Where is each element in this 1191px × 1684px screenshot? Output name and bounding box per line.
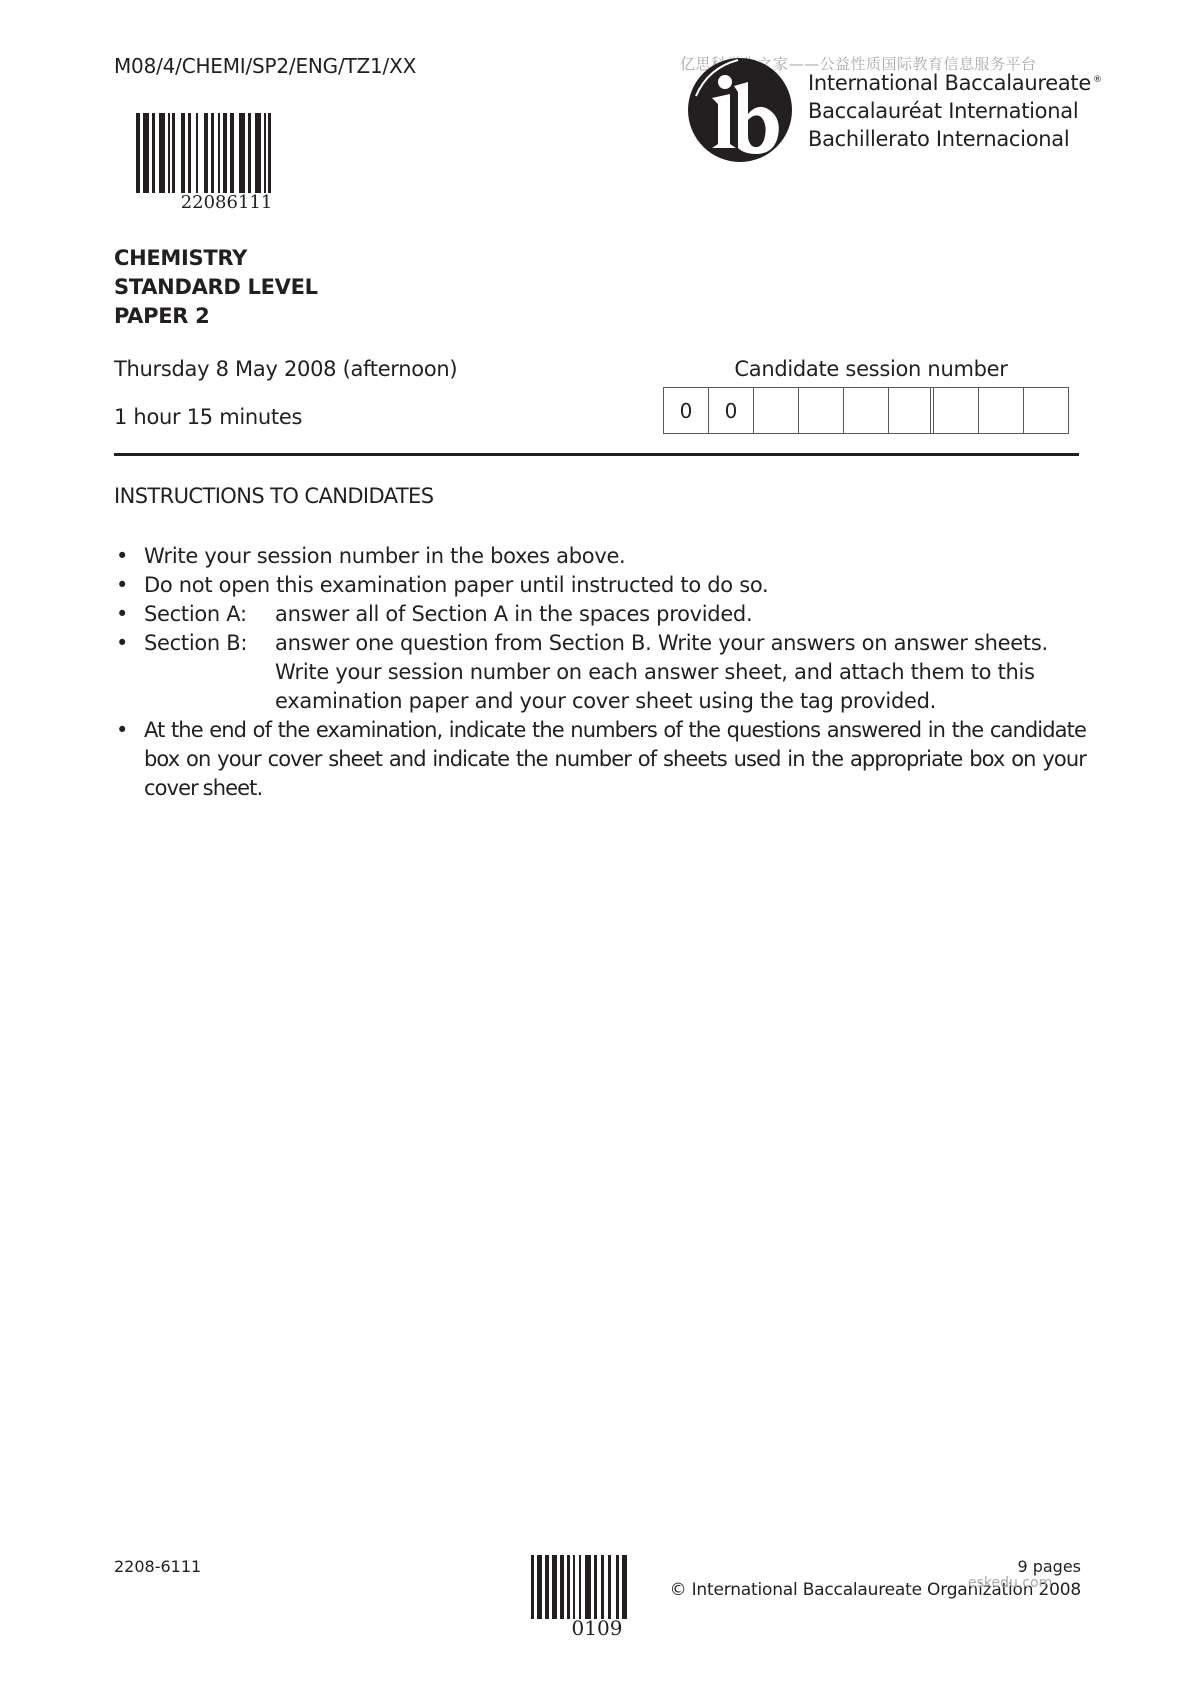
- registered-mark: ®: [1093, 75, 1102, 85]
- instructions-list: • Write your session number in the boxes…: [114, 542, 1086, 803]
- organization-names: International Baccalaureate® Baccalauréa…: [808, 66, 1102, 153]
- barcode-bottom: [531, 1555, 663, 1619]
- bullet-icon: •: [114, 629, 144, 716]
- session-digit-box[interactable]: 0: [709, 388, 754, 433]
- barcode-bar: [622, 1555, 627, 1619]
- barcode-top-number: 22086111: [136, 192, 317, 213]
- instruction-item: • Section A: answer all of Section A in …: [114, 600, 1086, 629]
- paper-code: M08/4/CHEMI/SP2/ENG/TZ1/XX: [114, 54, 416, 78]
- subject-line: STANDARD LEVEL: [114, 273, 318, 302]
- bullet-icon: •: [114, 542, 144, 571]
- exam-date: Thursday 8 May 2008 (afternoon): [114, 357, 457, 381]
- footer-code: 2208-6111: [114, 1557, 201, 1576]
- instruction-item: • Section B: answer one question from Se…: [114, 629, 1086, 716]
- candidate-session-label: Candidate session number: [662, 357, 1080, 381]
- subject-line: CHEMISTRY: [114, 244, 318, 273]
- session-digit-box[interactable]: 0: [664, 388, 709, 433]
- bullet-icon: •: [114, 600, 144, 629]
- session-digit-box[interactable]: [799, 388, 844, 433]
- org-name-fr: Baccalauréat International: [808, 97, 1102, 125]
- instruction-item: • Do not open this examination paper unt…: [114, 571, 1086, 600]
- instruction-text: Write your session number in the boxes a…: [144, 542, 1086, 571]
- org-name-en: International Baccalaureate®: [808, 66, 1102, 97]
- header-divider: [114, 453, 1079, 456]
- exam-subject: CHEMISTRY STANDARD LEVEL PAPER 2: [114, 244, 318, 331]
- instruction-text: answer one question from Section B. Writ…: [275, 629, 1086, 716]
- session-digit-box[interactable]: [889, 388, 934, 433]
- bullet-icon: •: [114, 716, 144, 803]
- instruction-text: Do not open this examination paper until…: [144, 571, 1086, 600]
- barcode-top: [136, 113, 317, 193]
- instruction-text: answer all of Section A in the spaces pr…: [275, 600, 1086, 629]
- instructions-title: INSTRUCTIONS TO CANDIDATES: [114, 484, 433, 508]
- ib-logo-icon: [686, 56, 794, 164]
- instruction-item: • Write your session number in the boxes…: [114, 542, 1086, 571]
- exam-duration: 1 hour 15 minutes: [114, 405, 302, 429]
- org-name-es: Bachillerato Internacional: [808, 125, 1102, 153]
- instruction-label: Section B:: [144, 629, 275, 716]
- barcode-bottom-number: 0109: [531, 1616, 663, 1640]
- candidate-session-number-boxes: 0 0: [663, 387, 1069, 434]
- instruction-item: • At the end of the examination, indicat…: [114, 716, 1086, 803]
- page-count: 9 pages: [1017, 1557, 1081, 1576]
- session-digit-box[interactable]: [754, 388, 799, 433]
- subject-line: PAPER 2: [114, 302, 318, 331]
- session-digit-box[interactable]: [1024, 388, 1069, 433]
- watermark-bottom: eskedu.com: [968, 1575, 1052, 1591]
- session-digit-box[interactable]: [979, 388, 1024, 433]
- instruction-text: At the end of the examination, indicate …: [144, 716, 1086, 803]
- session-digit-box[interactable]: [844, 388, 889, 433]
- session-digit-box[interactable]: [934, 388, 979, 433]
- instruction-label: Section A:: [144, 600, 275, 629]
- barcode-bar: [268, 113, 271, 193]
- bullet-icon: •: [114, 571, 144, 600]
